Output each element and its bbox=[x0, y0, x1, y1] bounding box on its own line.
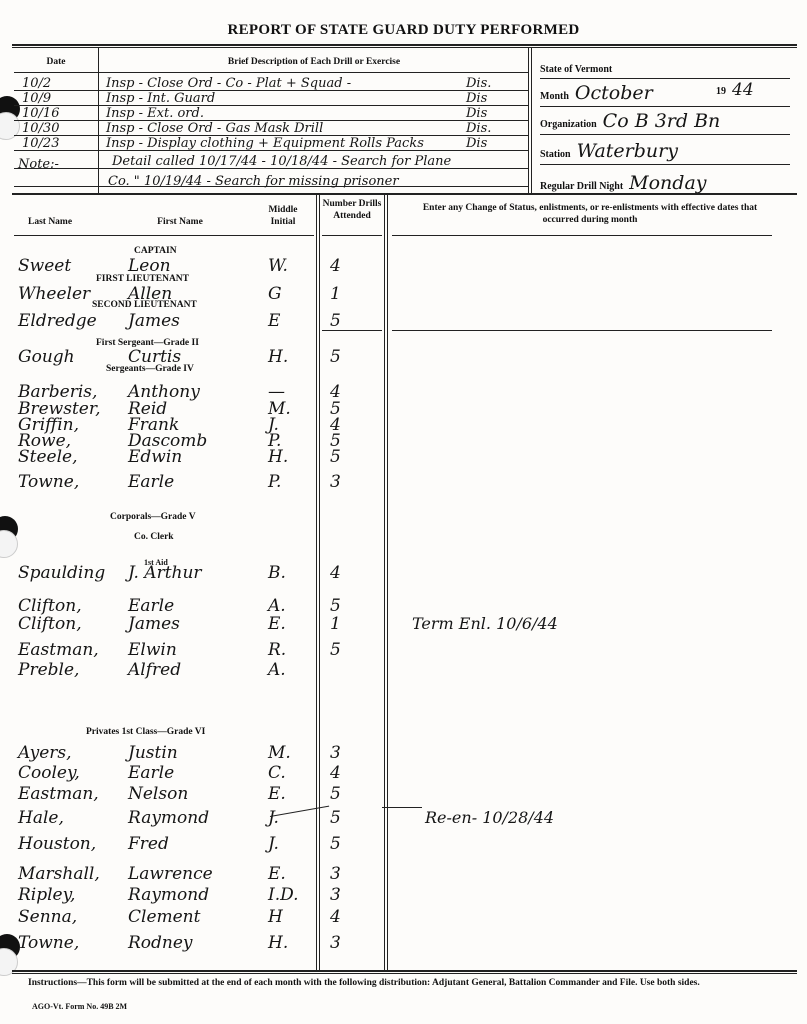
header-middle-initial: Middle Initial bbox=[258, 204, 308, 228]
middle-initial: W. bbox=[268, 256, 288, 276]
first-name: Earle bbox=[128, 763, 174, 783]
drill-description: Insp - Ext. ord. bbox=[106, 106, 204, 121]
last-name: Sweet bbox=[18, 256, 71, 276]
drills-attended: 4 bbox=[330, 763, 341, 783]
first-name: Curtis bbox=[128, 347, 181, 367]
last-name: Hale, bbox=[18, 808, 64, 828]
drill-date: 10/16 bbox=[22, 106, 59, 121]
rank-co-clerk: Co. Clerk bbox=[134, 532, 174, 542]
first-name: Justin bbox=[128, 743, 178, 763]
footer-instructions: Instructions—This form will be submitted… bbox=[28, 977, 788, 989]
drill-status: Dis bbox=[466, 136, 487, 151]
drill-row: 10/23Insp - Display clothing + Equipment… bbox=[0, 136, 530, 150]
roster-row: WheelerAllenG1 bbox=[0, 284, 390, 306]
first-name: Earle bbox=[128, 472, 174, 492]
last-name: Steele, bbox=[18, 447, 78, 467]
middle-initial: R. bbox=[268, 640, 286, 660]
first-name: Nelson bbox=[128, 784, 188, 804]
roster-row: Preble,AlfredA. bbox=[0, 660, 390, 682]
drill-date: 10/2 bbox=[22, 76, 51, 91]
header-status-changes: Enter any Change of Status, enlistments,… bbox=[420, 202, 760, 226]
last-name: Eastman, bbox=[18, 640, 99, 660]
drill-status: Dis. bbox=[466, 76, 491, 91]
footer-form-number: AGO-Vt. Form No. 49B 2M bbox=[32, 1002, 127, 1011]
drill-night-label: Regular Drill Night bbox=[540, 181, 623, 192]
middle-initial: H. bbox=[268, 347, 288, 367]
drills-attended: 5 bbox=[330, 447, 341, 467]
drills-attended: 5 bbox=[330, 596, 341, 616]
middle-initial: J. bbox=[268, 808, 279, 828]
first-name: Raymond bbox=[128, 885, 209, 905]
middle-initial: C. bbox=[268, 763, 286, 783]
drills-attended: 1 bbox=[330, 614, 341, 634]
last-name: Ripley, bbox=[18, 885, 75, 905]
roster-row: Eastman,ElwinR.5 bbox=[0, 640, 390, 662]
state-label: State of Vermont bbox=[540, 64, 612, 75]
middle-initial: E. bbox=[268, 784, 286, 804]
roster-row: Hale,RaymondJ.5Re-en- 10/28/44 bbox=[0, 808, 390, 830]
rank-corporals: Corporals—Grade V bbox=[110, 512, 196, 522]
roster-row: Marshall,LawrenceE.3 bbox=[0, 864, 390, 886]
last-name: Wheeler bbox=[18, 284, 90, 304]
drill-row: 10/9Insp - Int. GuardDis bbox=[0, 91, 530, 105]
roster-row: Steele,EdwinH.5 bbox=[0, 447, 390, 469]
drills-attended: 5 bbox=[330, 311, 341, 331]
note-line-1: Detail called 10/17/44 - 10/18/44 - Sear… bbox=[112, 154, 451, 169]
drill-status: Dis. bbox=[466, 121, 491, 136]
note-line-2: Co. " 10/19/44 - Search for missing pris… bbox=[108, 174, 399, 189]
drill-date: 10/23 bbox=[22, 136, 59, 151]
roster-row: Towne,EarleP.3 bbox=[0, 472, 390, 494]
month-label: Month bbox=[540, 91, 569, 102]
last-name: Marshall, bbox=[18, 864, 100, 884]
drills-attended: 4 bbox=[330, 907, 341, 927]
first-name: Clement bbox=[128, 907, 200, 927]
roster-row: Ayers,JustinM.3 bbox=[0, 743, 390, 765]
drills-attended: 3 bbox=[330, 885, 341, 905]
last-name: Towne, bbox=[18, 472, 79, 492]
middle-initial: M. bbox=[268, 743, 291, 763]
drills-attended: 5 bbox=[330, 784, 341, 804]
roster-row: Cooley,EarleC.4 bbox=[0, 763, 390, 785]
last-name: Preble, bbox=[18, 660, 79, 680]
header-last-name: Last Name bbox=[14, 216, 118, 228]
roster-row: EldredgeJamesE5 bbox=[0, 311, 390, 333]
drills-attended: 5 bbox=[330, 834, 341, 854]
last-name: Clifton, bbox=[18, 596, 82, 616]
last-name: Senna, bbox=[18, 907, 77, 927]
organization-value: Co B 3rd Bn bbox=[603, 110, 721, 132]
drills-attended: 1 bbox=[330, 284, 341, 304]
middle-initial: H. bbox=[268, 933, 288, 953]
middle-initial: B. bbox=[268, 563, 286, 583]
roster-row: GoughCurtisH.5 bbox=[0, 347, 390, 369]
drill-date: 10/9 bbox=[22, 91, 51, 106]
drill-date: 10/30 bbox=[22, 121, 59, 136]
first-name: James bbox=[128, 311, 180, 331]
first-name: Earle bbox=[128, 596, 174, 616]
drill-night-value: Monday bbox=[629, 172, 706, 194]
first-name: Fred bbox=[128, 834, 169, 854]
header-description: Brief Description of Each Drill or Exerc… bbox=[100, 56, 528, 68]
last-name: Clifton, bbox=[18, 614, 82, 634]
drills-attended: 4 bbox=[330, 256, 341, 276]
year-prefix: 19 bbox=[716, 86, 726, 97]
roster-row: Eastman,NelsonE.5 bbox=[0, 784, 390, 806]
drills-attended: 5 bbox=[330, 808, 341, 828]
drills-attended: 3 bbox=[330, 743, 341, 763]
header-date: Date bbox=[14, 56, 98, 68]
middle-initial: H bbox=[268, 907, 283, 927]
middle-initial: J. bbox=[268, 834, 279, 854]
form-title: REPORT OF STATE GUARD DUTY PERFORMED bbox=[0, 22, 807, 39]
last-name: Cooley, bbox=[18, 763, 80, 783]
rank-captain: CAPTAIN bbox=[134, 246, 177, 256]
drills-attended: 5 bbox=[330, 640, 341, 660]
notes-label: Note:- bbox=[18, 157, 59, 172]
drill-row: 10/16Insp - Ext. ord.Dis bbox=[0, 106, 530, 120]
roster-row: Ripley,RaymondI.D.3 bbox=[0, 885, 390, 907]
drill-description: Insp - Close Ord - Co - Plat + Squad - bbox=[106, 76, 351, 91]
middle-initial: E. bbox=[268, 614, 286, 634]
year-value: 44 bbox=[732, 80, 754, 100]
roster-row: Clifton,JamesE.1Term Enl. 10/6/44 bbox=[0, 614, 390, 636]
drill-description: Insp - Display clothing + Equipment Roll… bbox=[106, 136, 424, 151]
middle-initial: G bbox=[268, 284, 282, 304]
re-enlist-connector bbox=[382, 807, 422, 808]
roster-row: Senna,ClementH4 bbox=[0, 907, 390, 929]
month-value: October bbox=[575, 82, 653, 104]
drill-row: 10/2Insp - Close Ord - Co - Plat + Squad… bbox=[0, 76, 530, 90]
first-name: Alfred bbox=[128, 660, 181, 680]
drill-description: Insp - Int. Guard bbox=[106, 91, 215, 106]
station-label: Station bbox=[540, 149, 571, 160]
first-name: Allen bbox=[128, 284, 172, 304]
roster-row: Towne,RodneyH.3 bbox=[0, 933, 390, 955]
first-name: J. Arthur bbox=[128, 563, 202, 583]
last-name: Spaulding bbox=[18, 563, 105, 583]
middle-initial: P. bbox=[268, 472, 281, 492]
status-change-note: Re-en- 10/28/44 bbox=[425, 808, 725, 827]
middle-initial: E. bbox=[268, 864, 286, 884]
drills-attended: 3 bbox=[330, 933, 341, 953]
last-name: Eastman, bbox=[18, 784, 99, 804]
drills-attended: 4 bbox=[330, 563, 341, 583]
drill-status: Dis bbox=[466, 106, 487, 121]
first-name: Edwin bbox=[128, 447, 182, 467]
first-name: James bbox=[128, 614, 180, 634]
last-name: Towne, bbox=[18, 933, 79, 953]
status-change-note: Term Enl. 10/6/44 bbox=[412, 614, 712, 633]
middle-initial: A. bbox=[268, 596, 286, 616]
header-drills-attended: Number Drills Attended bbox=[321, 198, 383, 222]
rank-pfc: Privates 1st Class—Grade VI bbox=[86, 727, 205, 737]
drill-description: Insp - Close Ord - Gas Mask Drill bbox=[106, 121, 323, 136]
drills-attended: 3 bbox=[330, 472, 341, 492]
first-name: Leon bbox=[128, 256, 171, 276]
roster-row: SweetLeonW.4 bbox=[0, 256, 390, 278]
last-name: Houston, bbox=[18, 834, 96, 854]
drills-attended: 5 bbox=[330, 347, 341, 367]
drill-row: 10/30Insp - Close Ord - Gas Mask DrillDi… bbox=[0, 121, 530, 135]
roster-row: Houston,FredJ.5 bbox=[0, 834, 390, 856]
last-name: Ayers, bbox=[18, 743, 72, 763]
first-name: Elwin bbox=[128, 640, 177, 660]
middle-initial: I.D. bbox=[268, 885, 299, 905]
middle-initial: H. bbox=[268, 447, 288, 467]
station-value: Waterbury bbox=[577, 140, 678, 162]
middle-initial: E bbox=[268, 311, 280, 331]
first-name: Raymond bbox=[128, 808, 209, 828]
first-name: Lawrence bbox=[128, 864, 213, 884]
last-name: Eldredge bbox=[18, 311, 97, 331]
first-name: Rodney bbox=[128, 933, 193, 953]
last-name: Gough bbox=[18, 347, 75, 367]
drill-status: Dis bbox=[466, 91, 487, 106]
header-first-name: First Name bbox=[140, 216, 220, 228]
drills-attended: 3 bbox=[330, 864, 341, 884]
roster-row: SpauldingJ. ArthurB.4 bbox=[0, 563, 390, 585]
middle-initial: A. bbox=[268, 660, 286, 680]
organization-label: Organization bbox=[540, 119, 597, 130]
